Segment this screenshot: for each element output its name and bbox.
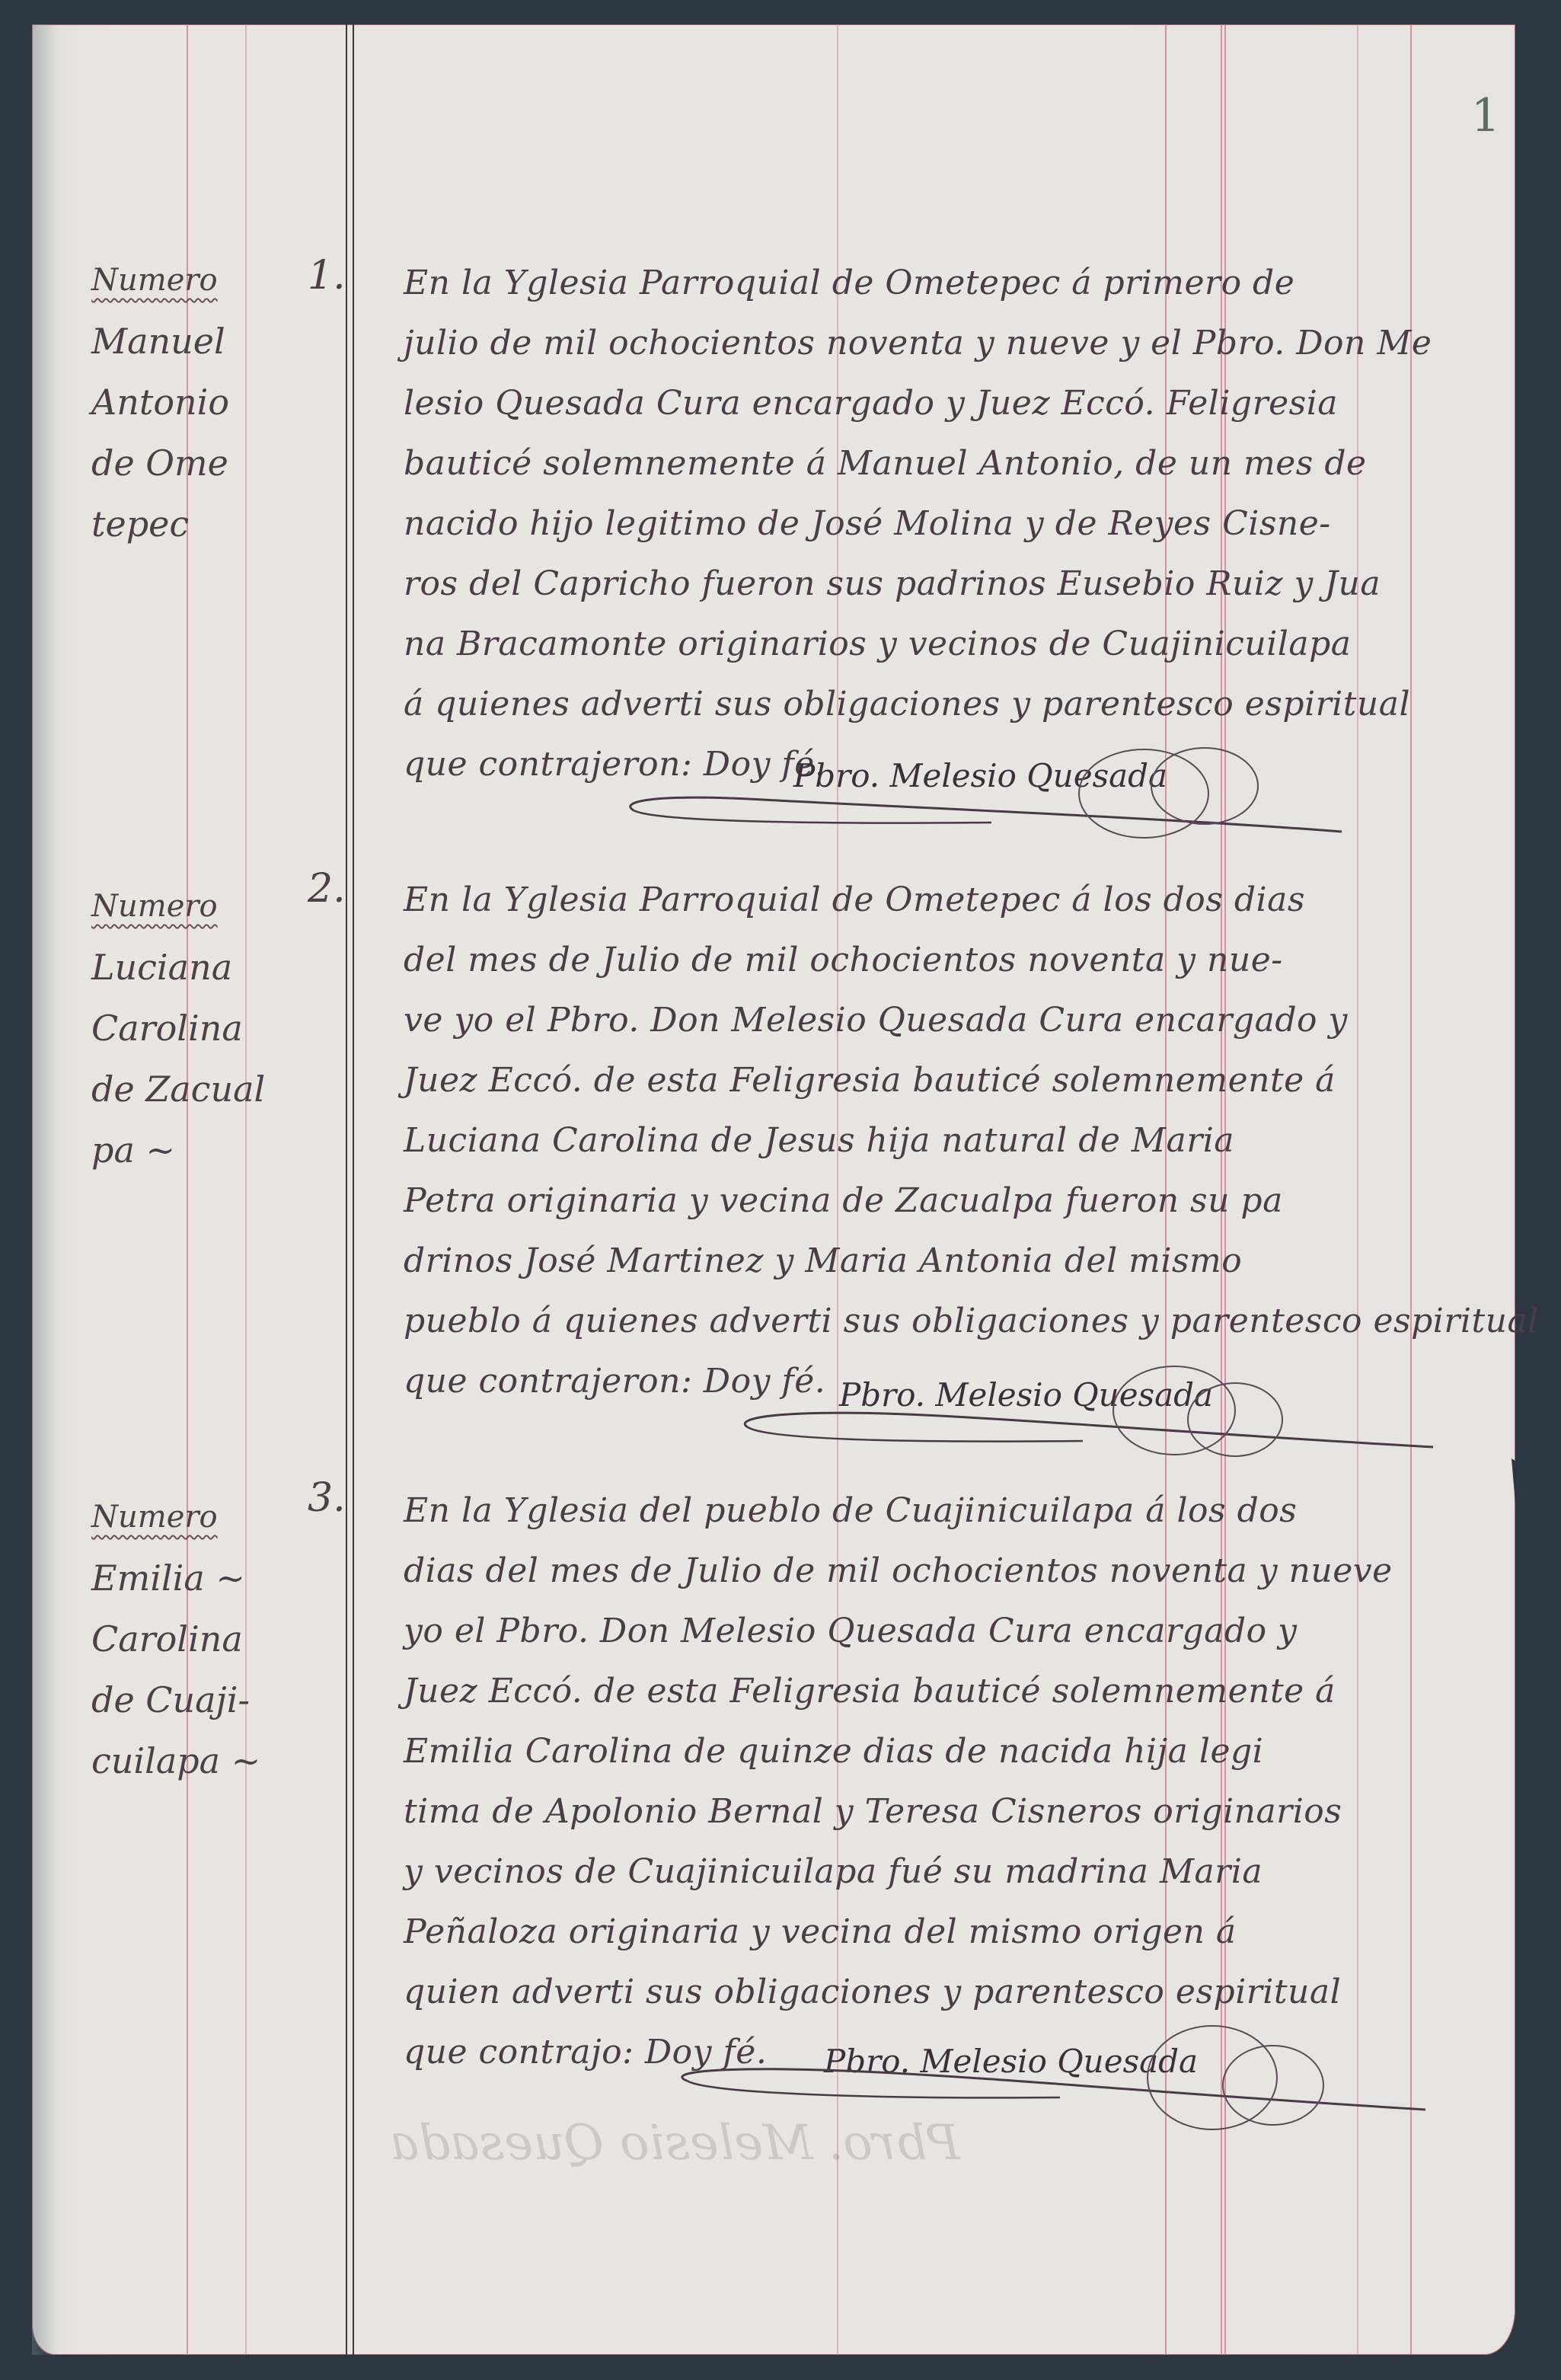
text-line: nacido hijo legitimo de José Molina y de…	[404, 494, 1508, 554]
entry-text: En la Yglesia del pueblo de Cuajinicuila…	[404, 1481, 1508, 2082]
text-line: quien adverti sus obligaciones y parente…	[404, 1962, 1508, 2022]
text-line: y vecinos de Cuajinicuilapa fué su madri…	[404, 1842, 1508, 1902]
margin-line: de Zacual	[91, 1059, 320, 1120]
text-line: dias del mes de Julio de mil ochocientos…	[404, 1541, 1508, 1601]
text-line: Petra originaria y vecina de Zacualpa fu…	[404, 1171, 1508, 1231]
text-line: En la Yglesia del pueblo de Cuajinicuila…	[404, 1481, 1508, 1541]
text-line: á quienes adverti sus obligaciones y par…	[404, 674, 1508, 734]
text-line: ve yo el Pbro. Don Melesio Quesada Cura …	[404, 990, 1508, 1050]
margin-line: cuilapa ~	[91, 1730, 320, 1791]
signature-rubric-icon	[733, 1372, 1464, 1479]
text-line: Peñaloza originaria y vecina del mismo o…	[404, 1902, 1508, 1962]
margin-line: Antonio	[91, 372, 320, 433]
text-line: yo el Pbro. Don Melesio Quesada Cura enc…	[404, 1601, 1508, 1661]
entry-number: 2.	[308, 866, 346, 912]
text-line: Juez Eccó. de esta Feligresia bauticé so…	[404, 1050, 1508, 1110]
text-line: lesio Quesada Cura encargado y Juez Eccó…	[404, 373, 1508, 433]
margin-heading: Numero	[91, 1487, 320, 1548]
text-line: Emilia Carolina de quinze dias de nacida…	[404, 1721, 1508, 1781]
register-page: 1 Numero Manuel Antonio de Ome tepec 1. …	[32, 24, 1515, 2355]
margin-line: tepec	[91, 494, 320, 554]
margin-line: Carolina	[91, 1608, 320, 1669]
margin-double-rule	[353, 24, 354, 2355]
text-line: drinos José Martinez y Maria Antonia del…	[404, 1231, 1508, 1291]
text-line: del mes de Julio de mil ochocientos nove…	[404, 930, 1508, 990]
margin-annotation: Numero Luciana Carolina de Zacual pa ~	[91, 876, 320, 1180]
margin-line: de Ome	[91, 433, 320, 494]
margin-line: de Cuaji-	[91, 1669, 320, 1730]
text-line: Luciana Carolina de Jesus hija natural d…	[404, 1110, 1508, 1171]
text-line: ros del Capricho fueron sus padrinos Eus…	[404, 554, 1508, 614]
text-line: tima de Apolonio Bernal y Teresa Cisnero…	[404, 1781, 1508, 1842]
margin-annotation: Numero Emilia ~ Carolina de Cuaji- cuila…	[91, 1487, 320, 1791]
margin-line: Carolina	[91, 998, 320, 1059]
text-line: na Bracamonte originarios y vecinos de C…	[404, 614, 1508, 674]
margin-line: Emilia ~	[91, 1548, 320, 1608]
entry-number: 1.	[308, 253, 346, 299]
text-line: pueblo á quienes adverti sus obligacione…	[404, 1291, 1508, 1351]
margin-line: Luciana	[91, 937, 320, 998]
margin-double-rule	[346, 24, 347, 2355]
margin-heading: Numero	[91, 876, 320, 937]
bleed-through-signature: Pbro. Melesio Quesada	[390, 2115, 959, 2171]
signature-rubric-icon	[611, 756, 1372, 862]
entry-text: En la Yglesia Parroquial de Ometepec á p…	[404, 253, 1508, 794]
text-line: Juez Eccó. de esta Feligresia bauticé so…	[404, 1661, 1508, 1721]
text-line: bauticé solemnemente á Manuel Antonio, d…	[404, 433, 1508, 494]
text-line: En la Yglesia Parroquial de Ometepec á p…	[404, 253, 1508, 313]
entry-text: En la Yglesia Parroquial de Ometepec á l…	[404, 870, 1508, 1411]
text-line: En la Yglesia Parroquial de Ometepec á l…	[404, 870, 1508, 930]
text-line: julio de mil ochocientos noventa y nueve…	[404, 313, 1508, 373]
page-number: 1	[1471, 89, 1500, 142]
margin-line: pa ~	[91, 1120, 320, 1180]
margin-heading: Numero	[91, 250, 320, 311]
margin-annotation: Numero Manuel Antonio de Ome tepec	[91, 250, 320, 554]
margin-line: Manuel	[91, 311, 320, 372]
entry-number: 3.	[308, 1475, 346, 1521]
